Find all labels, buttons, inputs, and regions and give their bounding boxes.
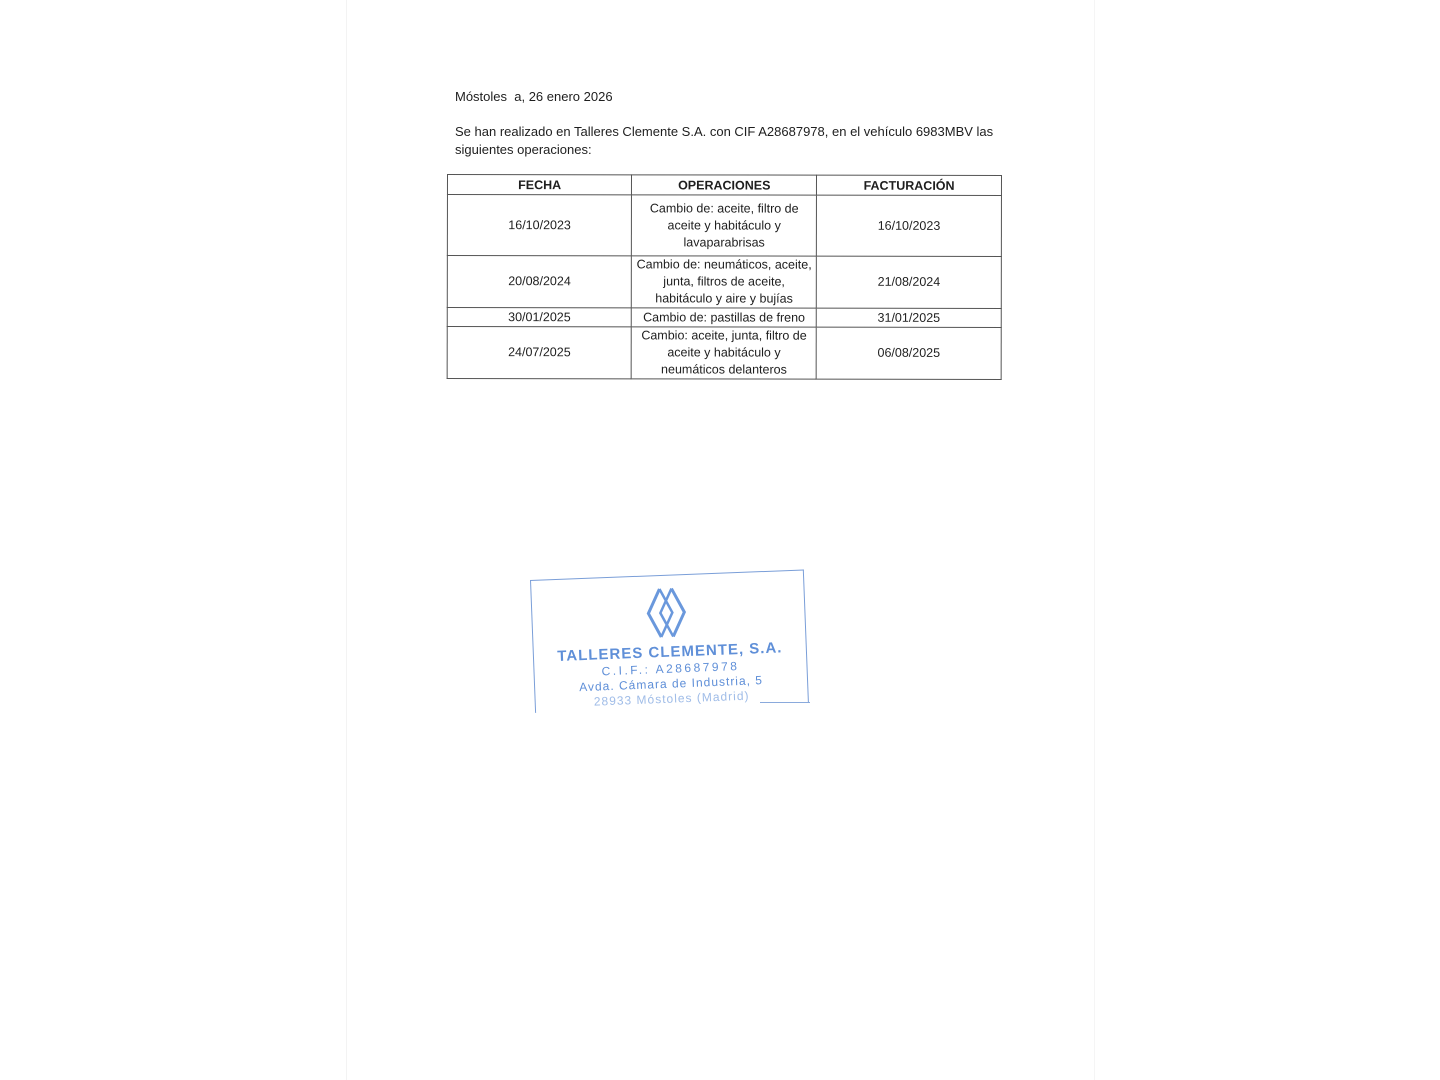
cell-operaciones: Cambio de: pastillas de freno [632, 308, 817, 327]
cell-fecha: 16/10/2023 [447, 195, 631, 256]
table-header-row: FECHA OPERACIONES FACTURACIÓN [447, 175, 1001, 196]
header-facturacion: FACTURACIÓN [817, 175, 1002, 195]
cell-fecha: 20/08/2024 [447, 256, 631, 308]
page-edge [1094, 0, 1095, 1080]
table-row: 16/10/2023 Cambio de: aceite, filtro de … [447, 195, 1001, 257]
place-date: Móstoles a, 26 enero 2026 [455, 89, 613, 104]
company-stamp: TALLERES CLEMENTE, S.A. C.I.F.: A2868797… [530, 569, 809, 712]
cell-facturacion: 06/08/2025 [816, 327, 1001, 379]
intro-paragraph: Se han realizado en Talleres Clemente S.… [455, 123, 995, 159]
table-row: 20/08/2024 Cambio de: neumáticos, aceite… [447, 256, 1001, 309]
cell-facturacion: 31/01/2025 [816, 308, 1001, 327]
cell-fecha: 24/07/2025 [447, 327, 631, 379]
operations-table: FECHA OPERACIONES FACTURACIÓN 16/10/2023… [447, 174, 1002, 380]
header-operaciones: OPERACIONES [632, 175, 817, 195]
page-edge [346, 0, 347, 1080]
cell-fecha: 30/01/2025 [447, 308, 631, 327]
cell-operaciones: Cambio de: neumáticos, aceite, junta, fi… [632, 256, 817, 308]
stamp-border-fragment [760, 702, 810, 703]
header-fecha: FECHA [447, 175, 631, 195]
table-row: 30/01/2025 Cambio de: pastillas de freno… [447, 308, 1001, 328]
cell-operaciones: Cambio de: aceite, filtro de aceite y ha… [632, 195, 817, 256]
table-row: 24/07/2025 Cambio: aceite, junta, filtro… [447, 327, 1001, 380]
cell-operaciones: Cambio: aceite, junta, filtro de aceite … [632, 327, 817, 379]
renault-diamond-logo-icon [643, 585, 689, 641]
cell-facturacion: 21/08/2024 [816, 256, 1001, 308]
cell-facturacion: 16/10/2023 [817, 195, 1002, 256]
